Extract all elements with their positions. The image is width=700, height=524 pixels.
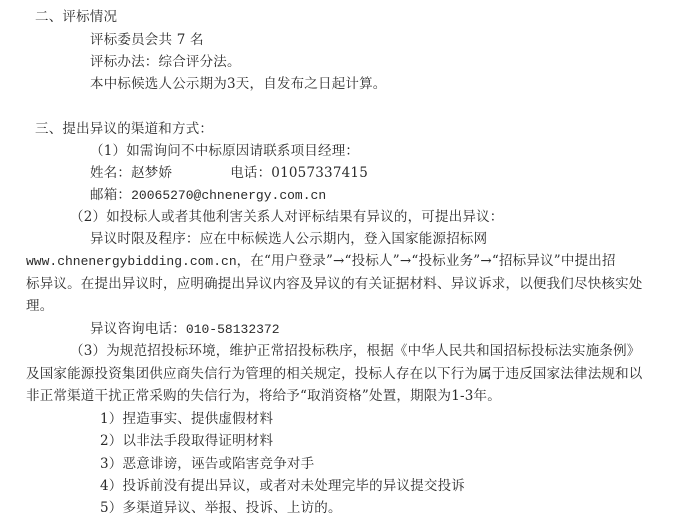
hotline-label: 异议咨询电话：: [90, 321, 186, 337]
procedure-line2: www.chnenergybidding.com.cn，在“用户登录”→“投标人…: [26, 252, 616, 271]
item2-intro: （2）如投标人或者其他利害关系人对评标结果有异议的，可提出异议：: [70, 208, 504, 226]
item3-line1: （3）为规范招投标环境，维护正常招投标秩序，根据《中华人民共和国招标投标法实施条…: [70, 342, 641, 360]
committee-size: 评标委员会共 7 名: [90, 31, 204, 49]
contact-email-link[interactable]: 20065270@chnenergy.com.cn: [131, 188, 326, 203]
section-heading-evaluation: 二、评标情况: [35, 8, 117, 26]
item3-line2: 及国家能源投资集团供应商失信行为管理的相关规定，投标人存在以下行为属于违反国家法…: [26, 365, 643, 383]
procedure-line3: 标异议。在提出异议时，应明确提出异议内容及异议的有关证据材料、异议诉求，以便我们…: [26, 275, 643, 293]
section-heading-objection: 三、提出异议的渠道和方式：: [35, 120, 213, 138]
violation-item: 3）恶意诽谤，诬告或陷害竞争对手: [100, 455, 314, 473]
item1-intro: （1）如需询问不中标原因请联系项目经理：: [90, 142, 359, 160]
item3-line3: 非正常渠道干扰正常采购的失信行为，将给予“取消资格”处置，期限为1-3年。: [26, 387, 501, 405]
procedure-line4: 理。: [26, 297, 53, 315]
contact-row: 姓名：赵梦娇电话：01057337415: [90, 164, 368, 182]
email-label: 邮箱：: [90, 187, 131, 203]
bidding-site-link[interactable]: www.chnenergybidding.com.cn: [26, 254, 237, 269]
violation-item: 2）以非法手段取得证明材料: [100, 432, 273, 450]
violation-item: 4）投诉前没有提出异议，或者对未处理完毕的异议提交投诉: [100, 477, 465, 495]
contact-phone: 电话：01057337415: [230, 165, 368, 181]
contact-name: 姓名：赵梦娇: [90, 165, 172, 181]
publicity-period: 本中标候选人公示期为3天，自发布之日起计算。: [90, 75, 387, 93]
contact-email-row: 邮箱：20065270@chnenergy.com.cn: [90, 186, 326, 205]
procedure-line2-rest: ，在“用户登录”→“投标人”→“投标业务”→“招标异议”中提出招: [237, 253, 616, 269]
violation-item: 5）多渠道异议、举报、投诉、上访的。: [100, 499, 342, 517]
hotline-row: 异议咨询电话：010-58132372: [90, 320, 280, 339]
procedure-line1: 异议时限及程序：应在中标候选人公示期内，登入国家能源招标网: [90, 230, 487, 248]
evaluation-method: 评标办法：综合评分法。: [90, 53, 241, 71]
hotline-number: 010-58132372: [186, 322, 280, 337]
violation-item: 1）捏造事实、提供虚假材料: [100, 410, 273, 428]
